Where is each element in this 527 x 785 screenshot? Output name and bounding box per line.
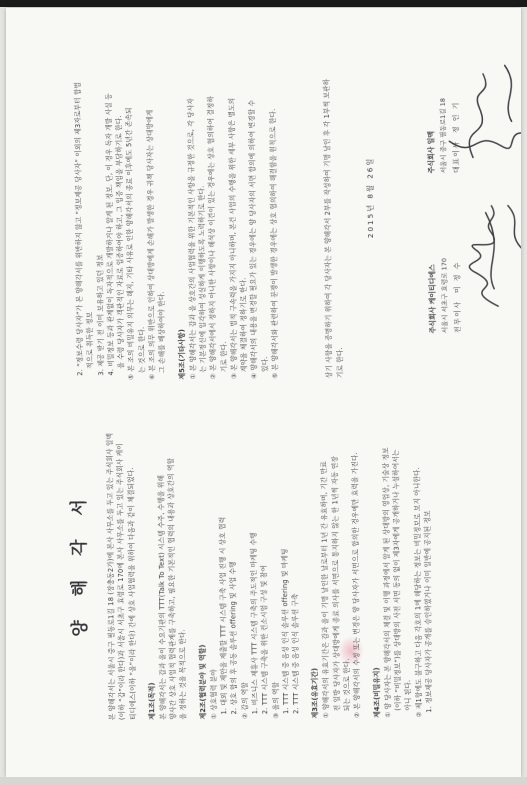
text-line: 그 손해를 배상하여야 한다. — [154, 19, 167, 380]
document-rotated-content: 양 해 각 서 본 양해각서는 서울시 중구 필동로1길 18 (장충동2가)에… — [8, 8, 521, 777]
text-line: 1. 정보제공 당사자가 공개를 승인하였거나 이미 일반에 공지된 정보 — [421, 403, 434, 717]
signature-row: 주식회사 케이티디에스 서울시 서초구 효령로 170 전무이사 미 정 수 — [424, 15, 521, 377]
section-body: ① 상호협력 분야 1. 대외 및 제안을 제출할 TTT 시스템 구축 사업 … — [206, 404, 301, 719]
page-2: 2. “정보수령 당사자”가 본 양해각서를 위반하지 않고 “정보제공 당사자… — [8, 8, 521, 393]
document-title: 양 해 각 서 — [63, 406, 91, 720]
text-line: 2. TTT 시스템 중 음성 인식 솔루션 구축 — [289, 404, 302, 718]
scanned-document-image: 양 해 각 서 본 양해각서는 서울시 중구 필동로1길 18 (장충동2가)에… — [0, 0, 527, 785]
text-line: 을 정하는 것을 목적으로 한다. — [176, 405, 189, 719]
section-body: 본 양해각서는 갑과 을이 수요기관의 TTT(Talk To Text) 시스… — [155, 405, 189, 719]
scan-margin — [0, 777, 527, 785]
scanner-edge — [0, 0, 527, 7]
closing-statement: 상기 사항을 증명하기 위하여 각 당사자는 본 양해각서 2부를 작성하여 기… — [321, 17, 345, 378]
page-1: 양 해 각 서 본 양해각서는 서울시 중구 필동로1길 18 (장충동2가)에… — [11, 389, 521, 777]
signer-name: 대표이사 정 인 기 — [448, 8, 463, 173]
preamble: 본 양해각서는 서울시 중구 필동로1길 18 (장충동2가)에 본사 사무소를… — [104, 406, 138, 720]
section-miscellaneous: 제5조(기타사항) ① 본 양해각서는 갑과 을 상호간의 사업협력을 위한 기… — [174, 18, 281, 380]
section-purpose: 제1조(목적) 본 양해각서는 갑과 을이 수요기관의 TTT(Talk To … — [144, 405, 189, 719]
scan-paper: 양 해 각 서 본 양해각서는 서울시 중구 필동로1길 18 (장충동2가)에… — [6, 8, 521, 777]
section-cooperation-roles: 제2조(협력분야 및 역할) ① 상호협력 분야 1. 대외 및 제안을 제출할… — [195, 404, 301, 719]
document-date: 2015년 8월 26일 — [364, 17, 377, 378]
signature-block-ktds: 주식회사 케이티디에스 서울시 서초구 효령로 170 전무이사 미 정 수 — [425, 168, 464, 333]
section-body: ① 양 당사자는 본 양해각서의 체결 및 이행 과정에서 알게 된 상대방의 … — [380, 403, 434, 717]
text-line: ⑤ 본 양해각서와 관련하여 분쟁이 발생한 경우에는 상호 협의하여 해결함을… — [267, 18, 280, 379]
section-body: ① 양해각서의 유효기간은 갑과 을이 기명 날인한 날로부터 1년 간 유효하… — [319, 404, 363, 718]
signer-name: 전무이사 미 정 수 — [449, 168, 464, 333]
section-validity-period: 제3조(유효기간) ① 양해각서의 유효기간은 갑과 을이 기명 날인한 날로부… — [308, 404, 363, 718]
section-body: ① 본 양해각서는 갑과 을 상호간의 사업협력을 위한 기본적인 사항을 규정… — [185, 18, 281, 380]
section-confidentiality: 제4조(비밀유지) ① 양 당사자는 본 양해각서의 체결 및 이행 과정에서 … — [369, 403, 434, 718]
text-line: ② 본 양해각서의 수정 또는 변경은 양 당사자가 서면으로 합의한 경우에만… — [350, 404, 363, 718]
confidentiality-continuation: 2. “정보수령 당사자”가 본 양해각서를 위반하지 않고 “정보제공 당사자… — [8, 19, 168, 381]
text-line: 티디에스(이하 “을”이라 한다) 간에 상호 사업협력을 위하여 다음과 같이… — [125, 406, 138, 720]
signature-block-ilmaek: 주식회사 일맥 서울시 중구 필동로1길 18 대표이사 정 인 기 — [424, 8, 463, 173]
